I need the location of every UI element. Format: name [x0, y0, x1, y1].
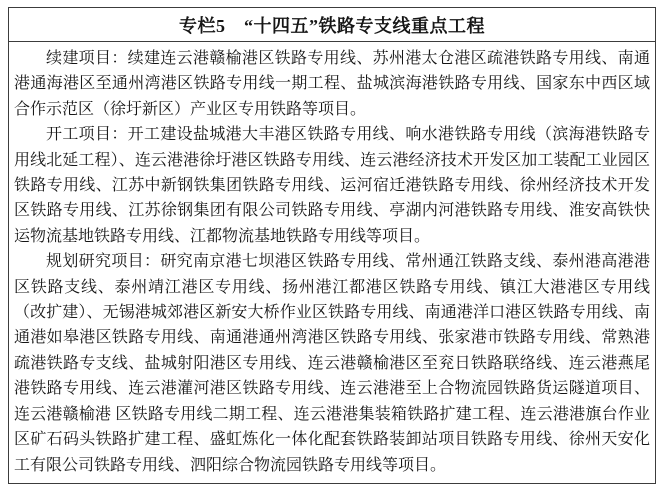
panel-body: 续建项目：续建连云港赣榆港区铁路专用线、苏州港太仓港区疏港铁路专用线、南通港通海… — [9, 42, 655, 482]
feature-box: 专栏5 “十四五”铁路专支线重点工程 续建项目：续建连云港赣榆港区铁路专用线、苏… — [8, 7, 656, 484]
paragraph-construction-start-projects: 开工项目：开工建设盐城港大丰港区铁路专用线、响水港铁路专用线（滨海港铁路专用线北… — [14, 122, 650, 249]
panel-title: 专栏5 “十四五”铁路专支线重点工程 — [9, 8, 655, 42]
paragraph-planning-research-projects: 规划研究项目：研究南京港七坝港区铁路专用线、常州通江铁路支线、泰州港高港港区铁路… — [14, 249, 650, 478]
paragraph-continuing-projects: 续建项目：续建连云港赣榆港区铁路专用线、苏州港太仓港区疏港铁路专用线、南通港通海… — [14, 46, 650, 122]
